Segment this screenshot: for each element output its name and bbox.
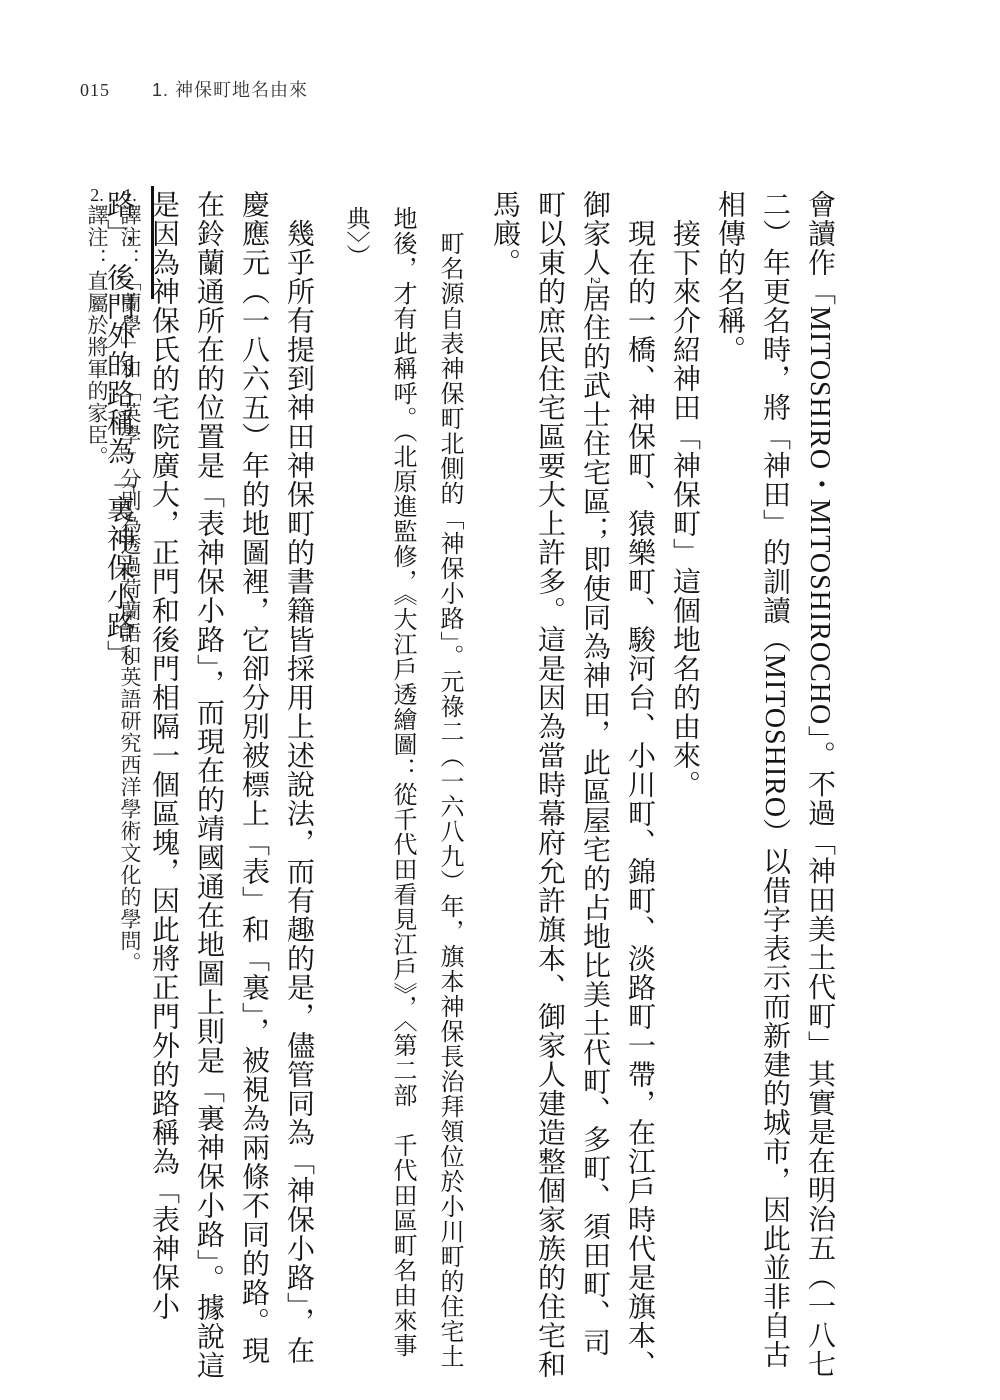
chapter-title: 1. 神保町地名由來 [152, 76, 308, 102]
running-head: 015 1. 神保町地名由來 [80, 76, 308, 102]
paragraph-samurai-district: 現在的一橋、神保町、猿樂町、駿河台、小川町、錦町、淡路町一帶，在江戶時代是旗本、… [482, 190, 662, 1385]
footnote-1-number: 1. [120, 186, 140, 204]
book-page: 015 1. 神保町地名由來 會讀作「MITOSHIRO・MITOSHIROCH… [0, 0, 1000, 1400]
footnote-1-text: 譯注：「蘭學」和「英學」分別為透過荷蘭語和英語研究西洋學術文化的學問。 [118, 204, 142, 974]
page-number: 015 [80, 80, 110, 101]
paragraph-intro: 接下來介紹神田「神保町」這個地名的由來。 [662, 190, 707, 1385]
footnote-separator-rule [151, 186, 154, 299]
block-quote-dictionary-citation: 町名源自表神保町北側的「神保小路」。元祿二（一六八九）年，旗本神保長治拜領位於小… [331, 190, 472, 1385]
footnote-2-text: 譯注：直屬於將軍的家臣。 [85, 204, 109, 468]
paragraph-continuation: 會讀作「MITOSHIRO・MITOSHIROCHO」。不過「神田美土代町」其實… [707, 190, 842, 1385]
translator-footnotes: 1.譯注：「蘭學」和「英學」分別為透過荷蘭語和英語研究西洋學術文化的學問。 2.… [80, 186, 146, 1381]
footnote-2-number: 2. [87, 186, 107, 204]
footnote-marker-2: 2 [587, 277, 602, 284]
footnote-1: 1.譯注：「蘭學」和「英學」分別為透過荷蘭語和英語研究西洋學術文化的學問。 [113, 186, 146, 1381]
paragraph-text: 居住的武士住宅區；即使同為神田，此區屋宅的占地比美土代町、多町、須田町、司町以東… [489, 190, 610, 1379]
main-text-block: 會讀作「MITOSHIRO・MITOSHIROCHO」。不過「神田美土代町」其實… [96, 190, 842, 1385]
footnote-2: 2.譯注：直屬於將軍的家臣。 [80, 186, 113, 1381]
